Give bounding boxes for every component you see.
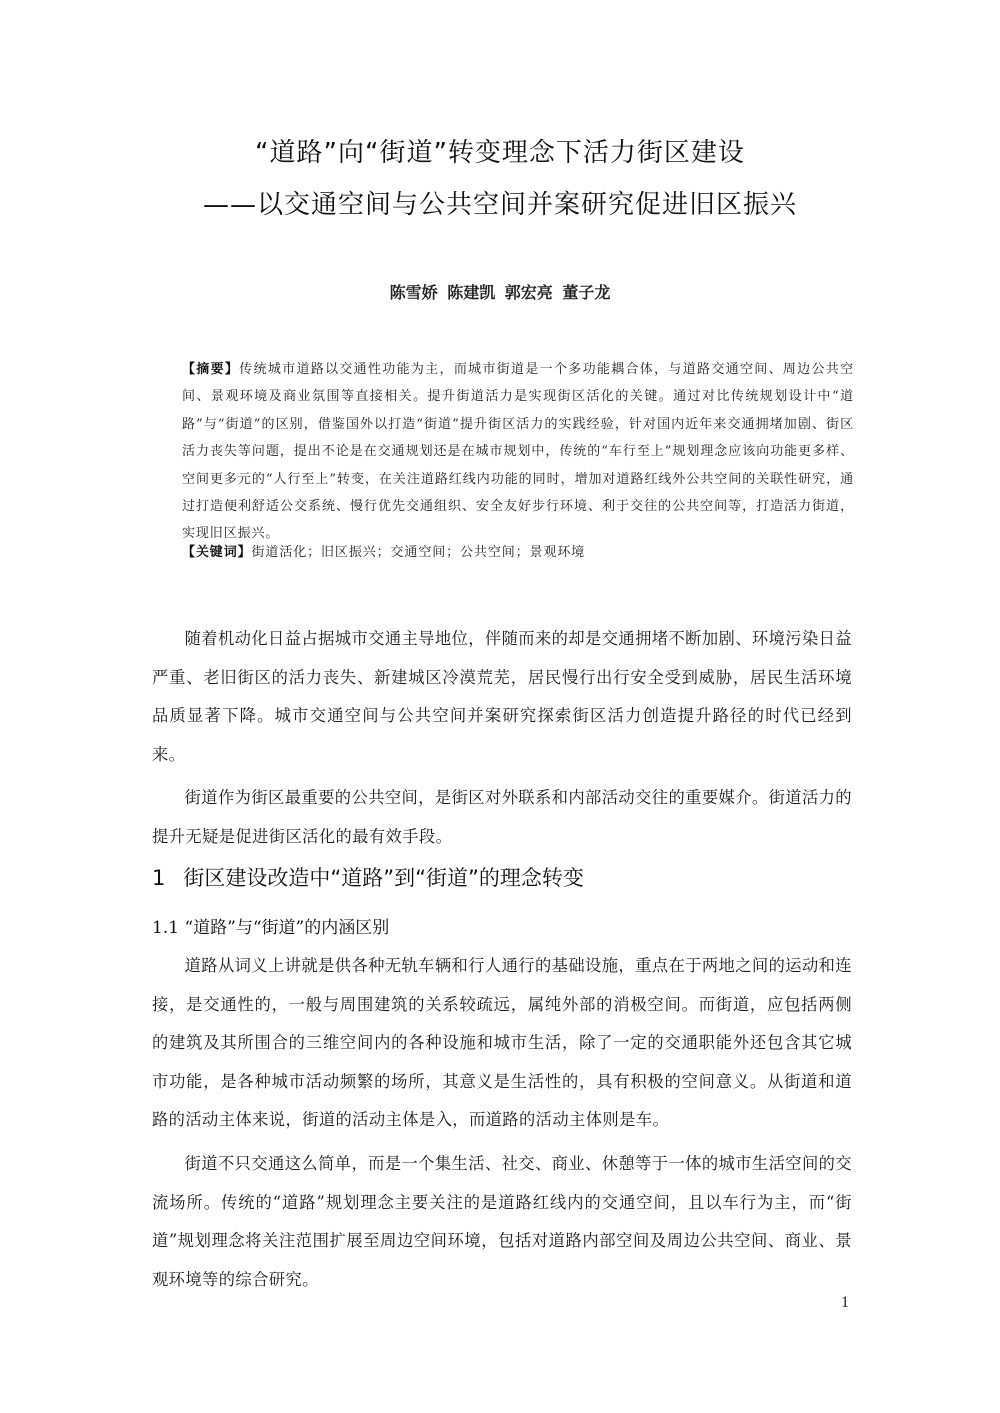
- abstract-text: 传统城市道路以交通性功能为主，而城市街道是一个多功能耦合体，与道路交通空间、周边…: [182, 362, 854, 541]
- body-paragraph: 道路从词义上讲就是供各种无轨车辆和行人通行的基础设施，重点在于两地之间的运动和连…: [152, 947, 852, 1140]
- intro-paragraph-2-block: 街道作为街区最重要的公共空间，是街区对外联系和内部活动交往的重要媒介。街道活力的…: [152, 779, 852, 856]
- abstract-label: 【摘要】: [182, 362, 239, 377]
- section-paragraph-2-block: 街道不只交通这么简单，而是一个集生活、社交、商业、休憩等于一体的城市生活空间的交…: [152, 1145, 852, 1299]
- abstract-block: 【摘要】传统城市道路以交通性功能为主，而城市街道是一个多功能耦合体，与道路交通空…: [152, 356, 854, 548]
- section-number: 1: [152, 866, 165, 890]
- section-title: 街区建设改造中“道路”到“街道”的理念转变: [183, 866, 584, 890]
- keywords-label: 【关键词】: [182, 545, 252, 560]
- paper-subtitle: ——以交通空间与公共空间并案研究促进旧区振兴: [0, 184, 1000, 221]
- keywords-text: 街道活化；旧区振兴；交通空间；公共空间；景观环境: [252, 545, 586, 560]
- page-number: 1: [841, 1294, 849, 1312]
- intro-paragraph-1-block: 随着机动化日益占据城市交通主导地位，伴随而来的却是交通拥堵不断加剧、环境污染日益…: [152, 620, 852, 774]
- body-paragraph: 街道不只交通这么简单，而是一个集生活、社交、商业、休憩等于一体的城市生活空间的交…: [152, 1145, 852, 1299]
- keywords-block: 【关键词】街道活化；旧区振兴；交通空间；公共空间；景观环境: [182, 541, 585, 560]
- body-paragraph: 街道作为街区最重要的公共空间，是街区对外联系和内部活动交往的重要媒介。街道活力的…: [152, 779, 852, 856]
- document-page: “道路”向“街道”转变理念下活力街区建设 ——以交通空间与公共空间并案研究促进旧…: [0, 0, 1000, 1413]
- section-paragraph-1-block: 道路从词义上讲就是供各种无轨车辆和行人通行的基础设施，重点在于两地之间的运动和连…: [152, 947, 852, 1140]
- paper-title: “道路”向“街道”转变理念下活力街区建设: [0, 132, 1000, 169]
- section-heading-1: 1街区建设改造中“道路”到“街道”的理念转变: [152, 862, 584, 892]
- subsection-heading-1-1: 1.1 “道路”与“街道”的内涵区别: [152, 913, 389, 938]
- body-paragraph: 随着机动化日益占据城市交通主导地位，伴随而来的却是交通拥堵不断加剧、环境污染日益…: [152, 620, 852, 774]
- author-list: 陈雪娇 陈建凯 郭宏亮 董子龙: [0, 280, 1000, 303]
